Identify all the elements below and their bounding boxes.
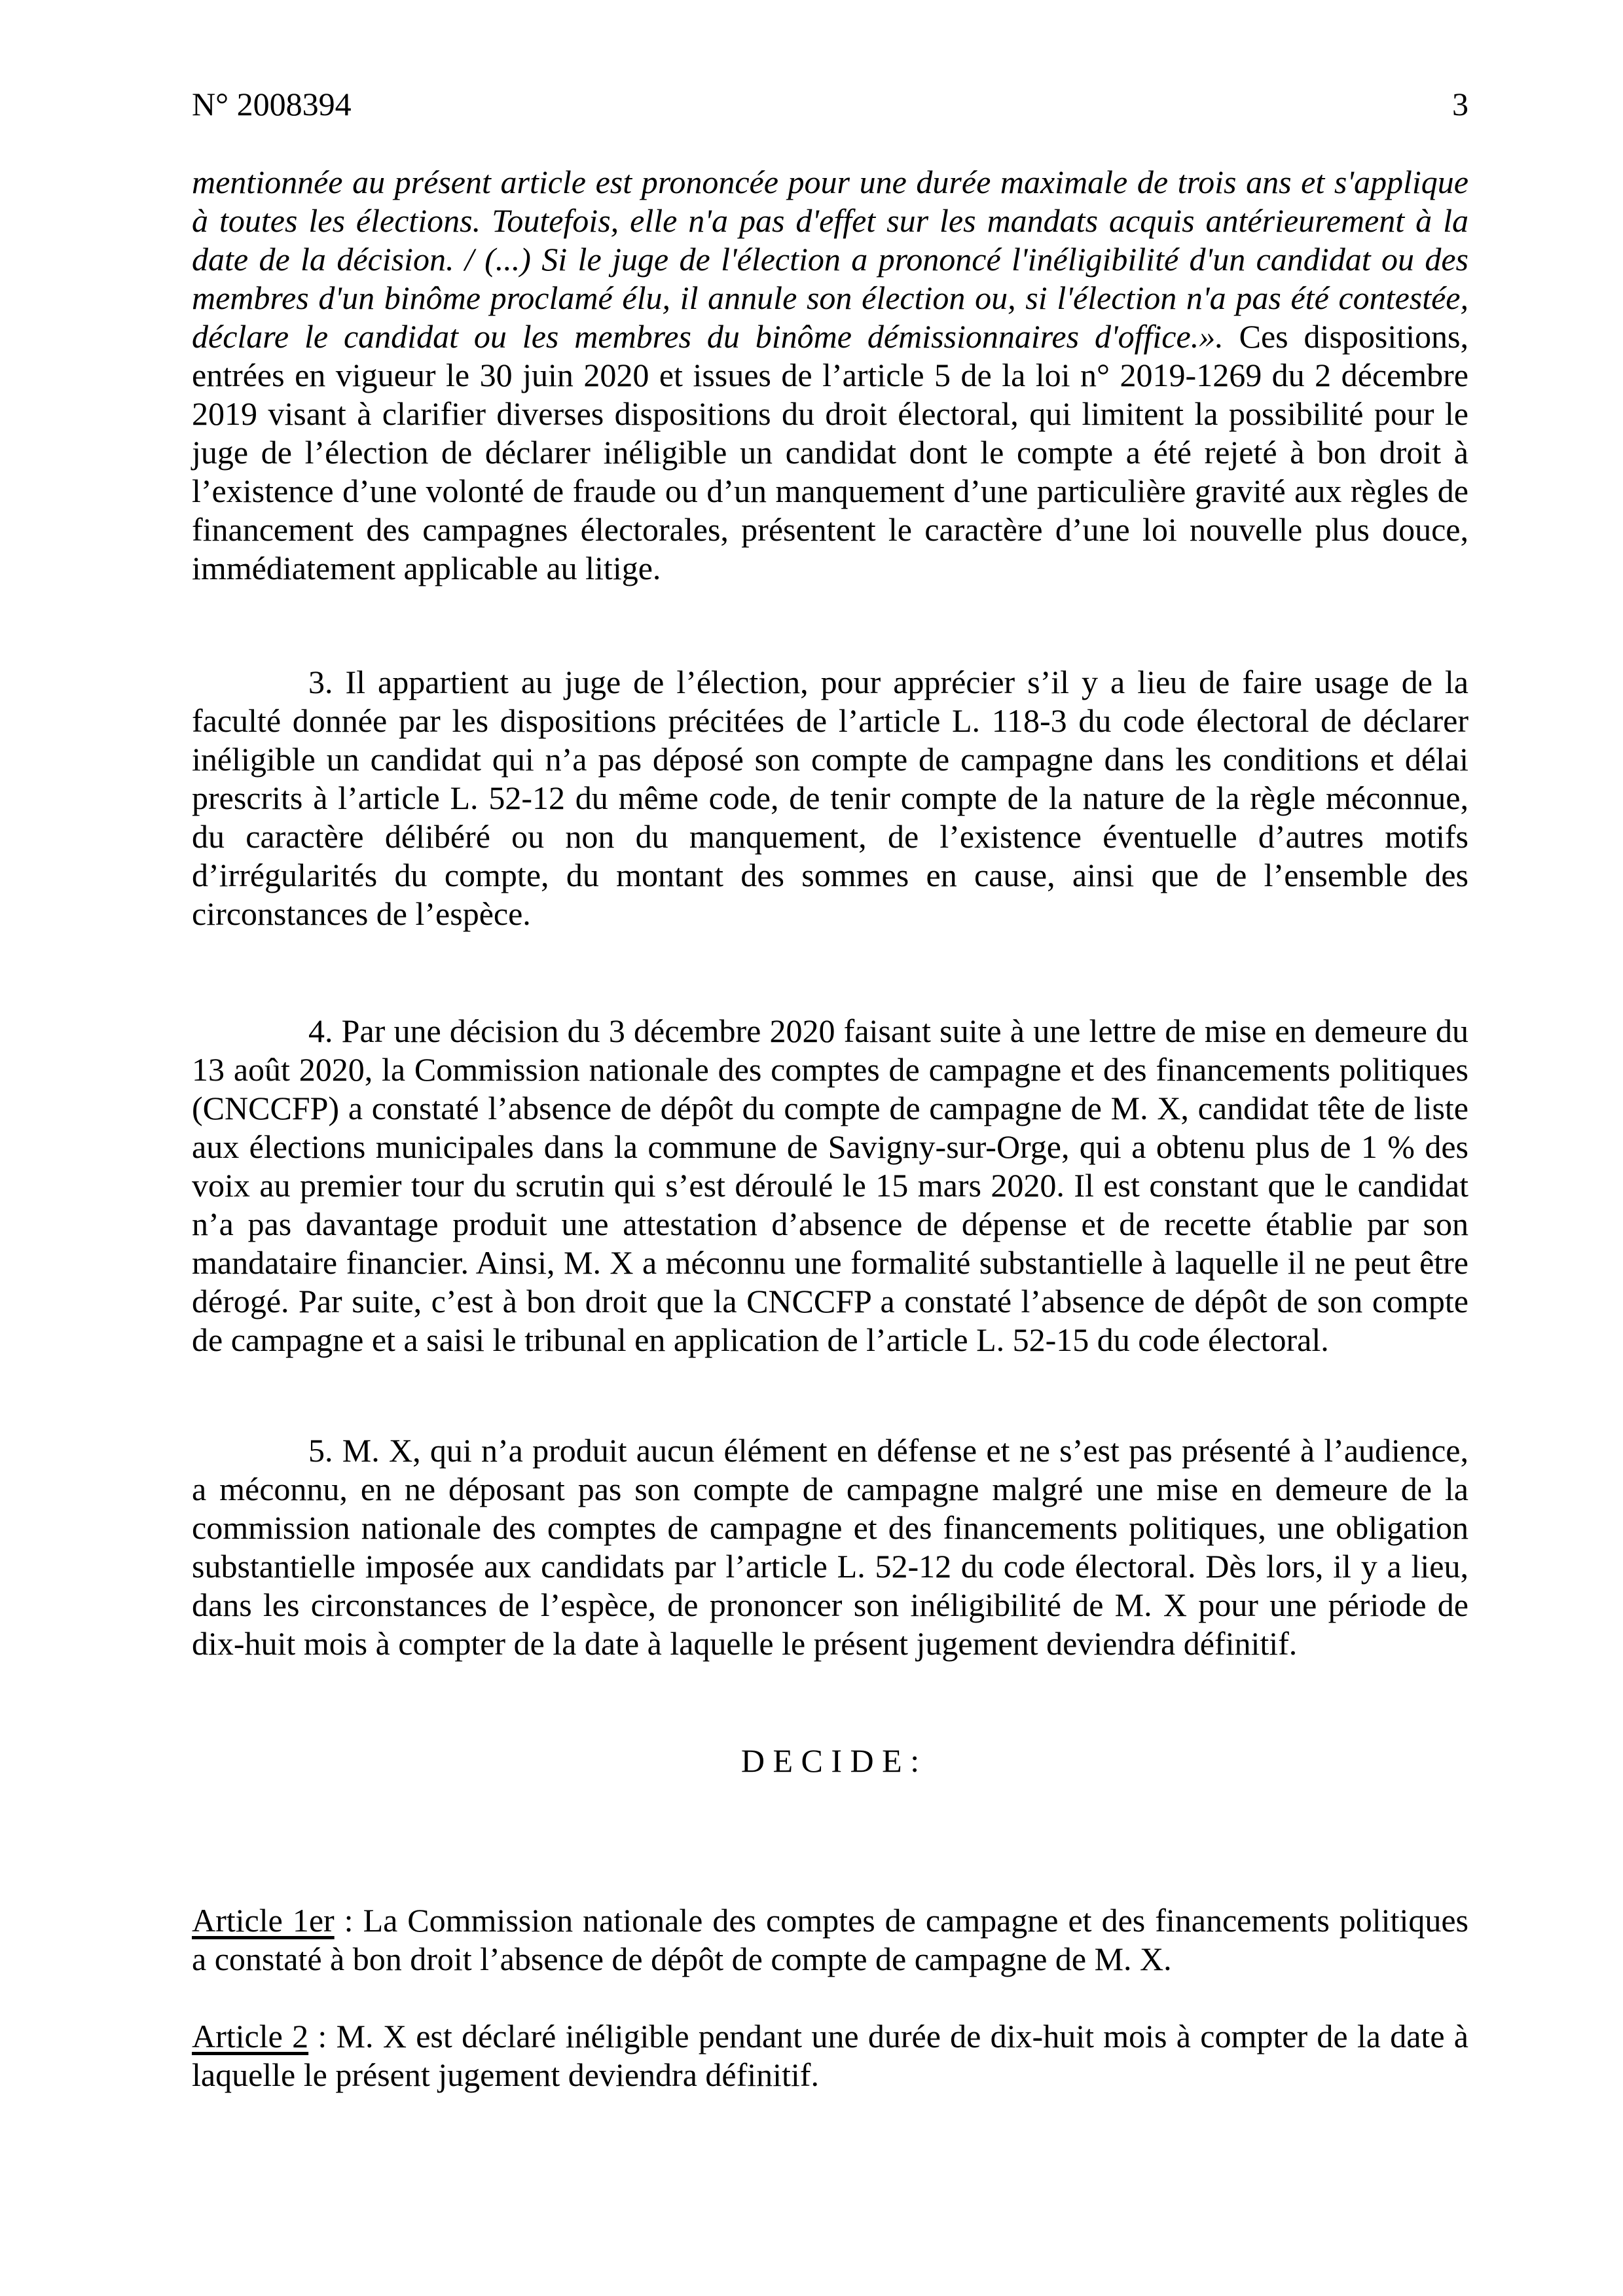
article-1: Article 1er : La Commission nationale de… bbox=[192, 1901, 1468, 1979]
page-header: N° 2008394 3 bbox=[192, 85, 1468, 124]
article-2: Article 2 : M. X est déclaré inéligible … bbox=[192, 2017, 1468, 2094]
article-2-label: Article 2 bbox=[192, 2018, 308, 2054]
judgment-page: N° 2008394 3 mentionnée au présent artic… bbox=[0, 0, 1623, 2296]
paragraph-quoted-provision: mentionnée au présent article est pronon… bbox=[192, 163, 1468, 588]
case-number: N° 2008394 bbox=[192, 85, 352, 124]
article-1-label: Article 1er bbox=[192, 1902, 335, 1939]
paragraph-continuation-text: Ces dispositions, entrées en vigueur le … bbox=[192, 318, 1468, 586]
article-1-text: La Commission nationale des comptes de c… bbox=[192, 1902, 1468, 1977]
article-2-text: M. X est déclaré inéligible pendant une … bbox=[192, 2018, 1468, 2093]
paragraph-point-3: 3. Il appartient au juge de l’élection, … bbox=[192, 663, 1468, 933]
article-2-separator: : bbox=[308, 2018, 336, 2054]
paragraph-point-5: 5. M. X, qui n’a produit aucun élément e… bbox=[192, 1431, 1468, 1663]
page-number: 3 bbox=[1452, 85, 1468, 124]
article-1-separator: : bbox=[335, 1902, 363, 1939]
decide-heading: D E C I D E : bbox=[192, 1742, 1468, 1780]
paragraph-point-4: 4. Par une décision du 3 décembre 2020 f… bbox=[192, 1012, 1468, 1359]
